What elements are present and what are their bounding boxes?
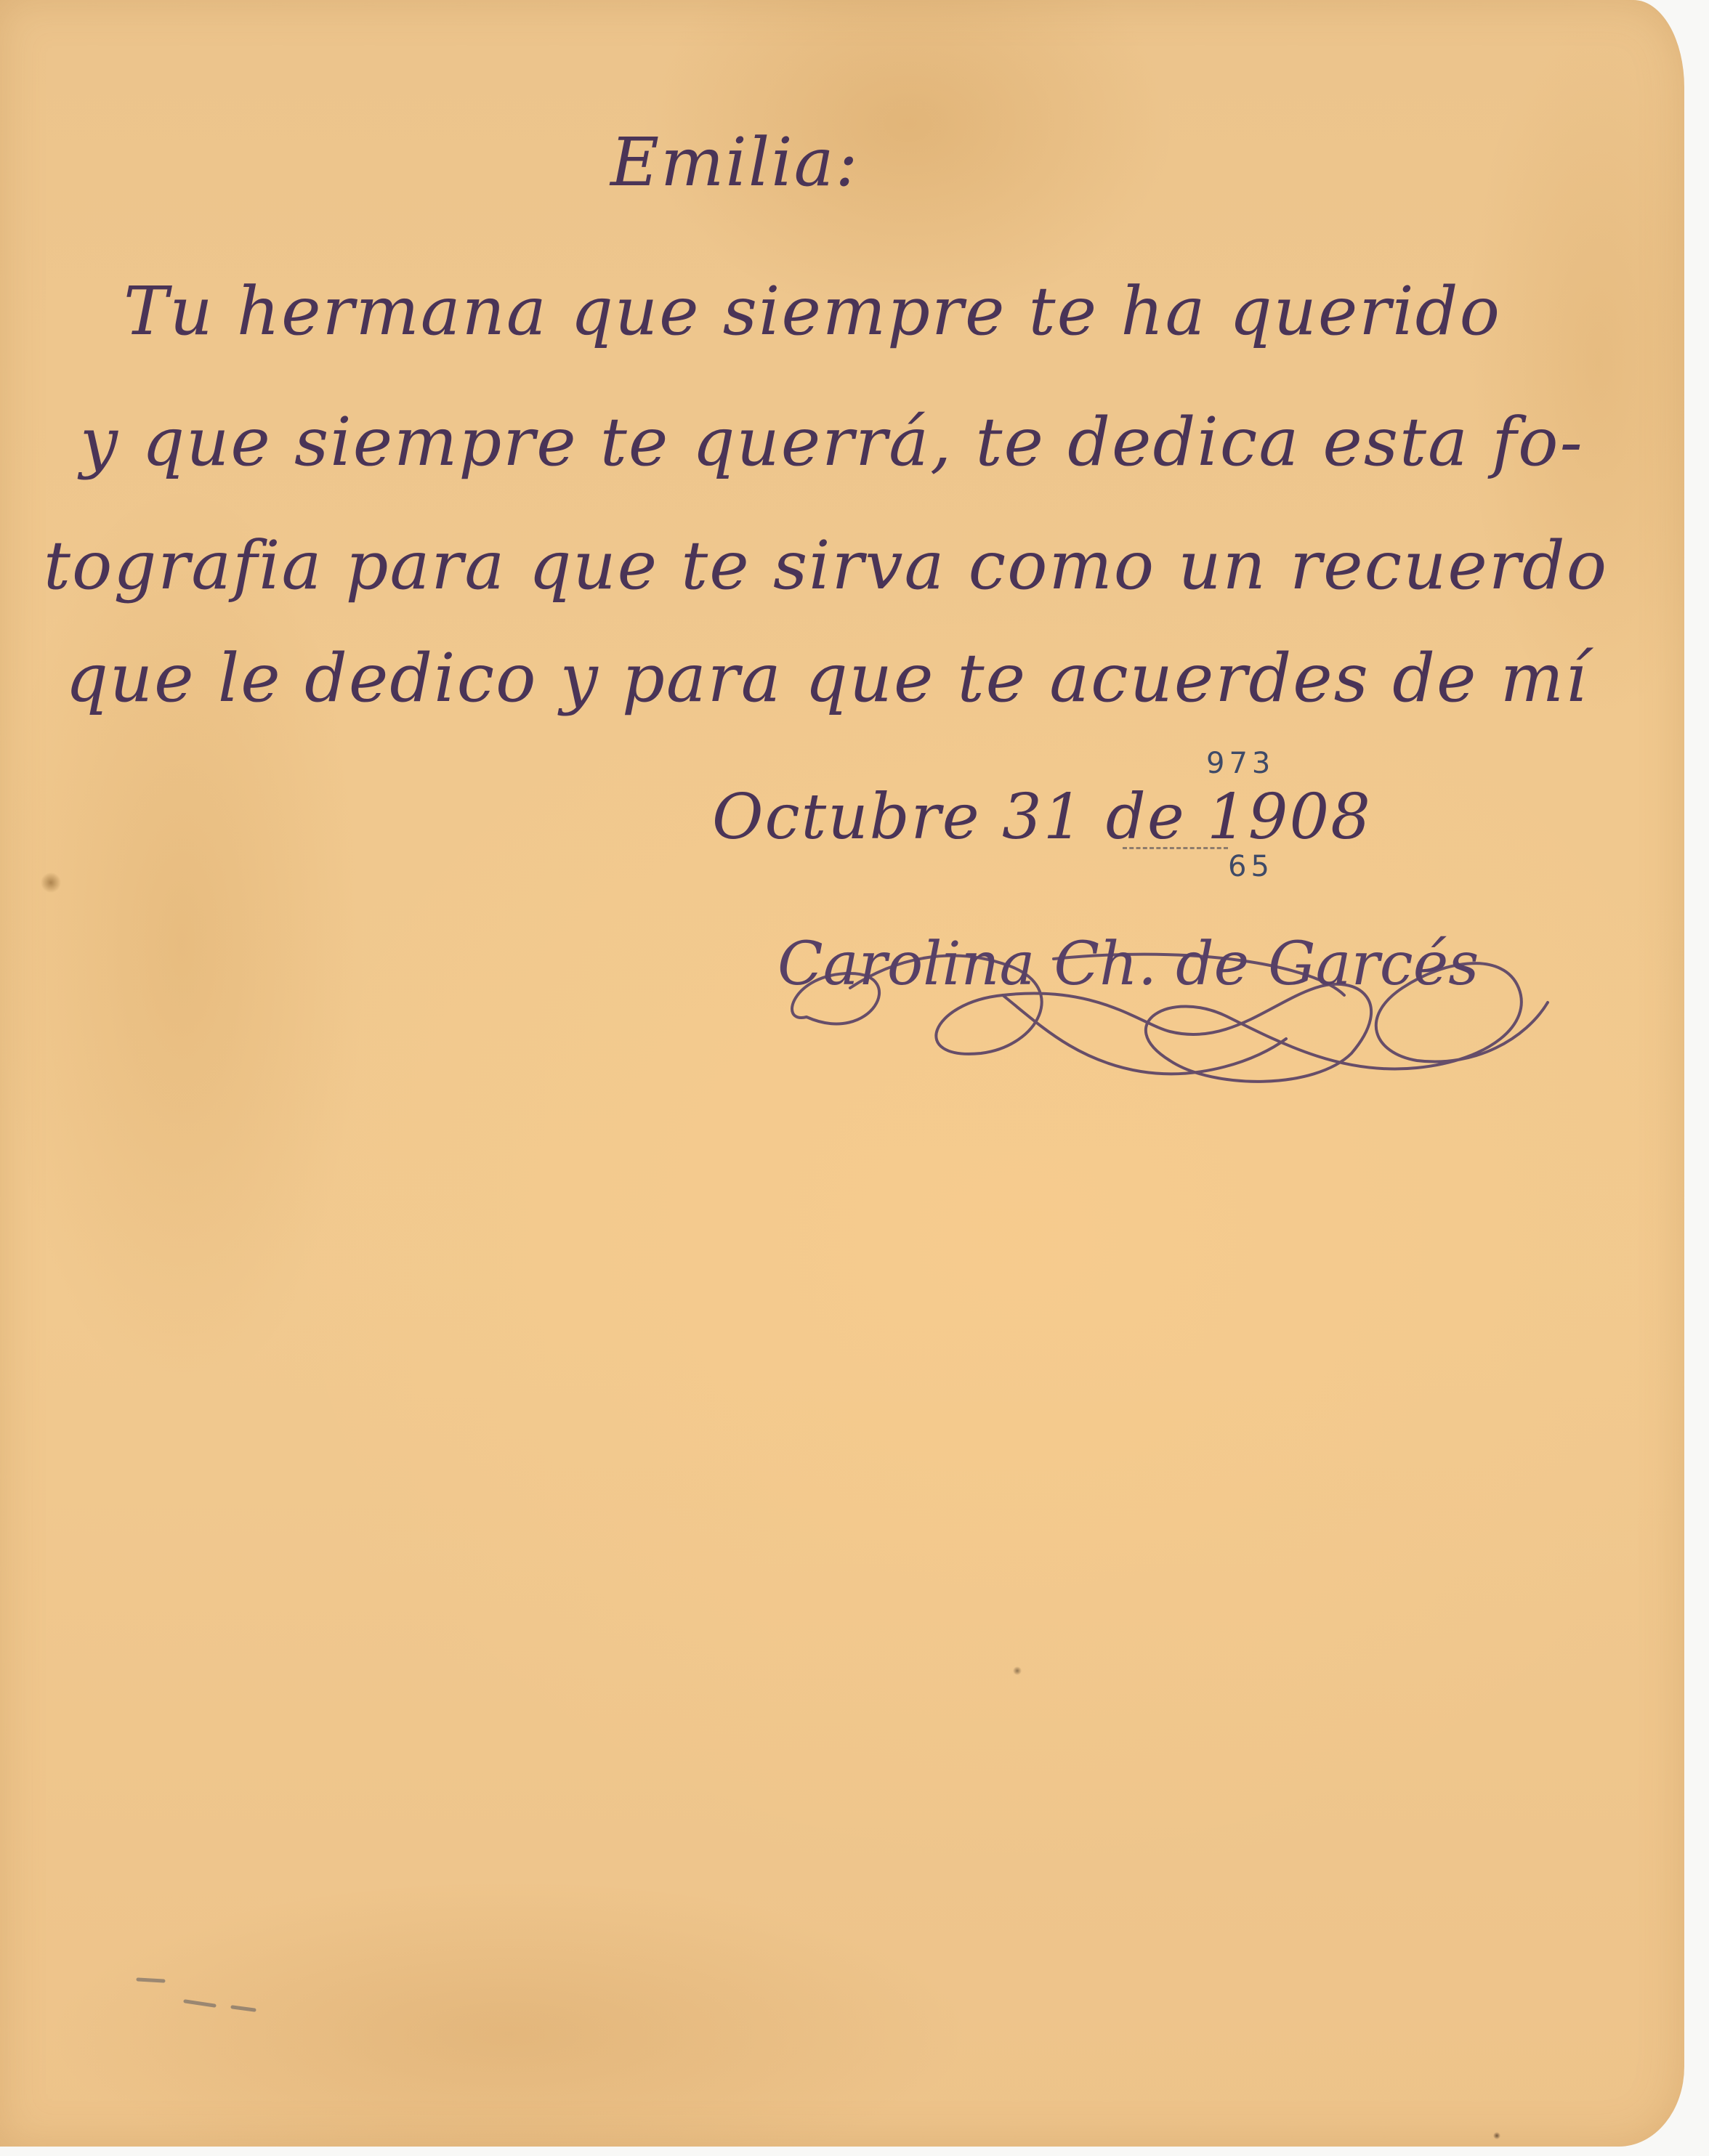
body-line-4: que le dedico y para que te acuerdes de …: [65, 639, 1588, 717]
pencil-annotation-top: 973: [1206, 747, 1274, 780]
scanned-document: Emilia: Tu hermana que siempre te ha que…: [0, 0, 1709, 2156]
pencil-annotation-bottom: 65: [1228, 850, 1274, 883]
salutation: Emilia:: [610, 123, 860, 201]
body-line-3: tografia para que te sirva como un recue…: [44, 527, 1608, 604]
body-line-2: y que siempre te querrá, te dedica esta …: [80, 403, 1584, 481]
signature-flourish-icon: [763, 915, 1599, 1119]
pencil-smudge-marks: [131, 1972, 269, 2016]
aged-paper-card: Emilia: Tu hermana que siempre te ha que…: [0, 0, 1684, 2147]
pencil-underline: [1123, 847, 1228, 849]
date-line: Octubre 31 de 1908: [712, 781, 1372, 854]
body-line-1: Tu hermana que siempre te ha querido: [124, 272, 1501, 350]
